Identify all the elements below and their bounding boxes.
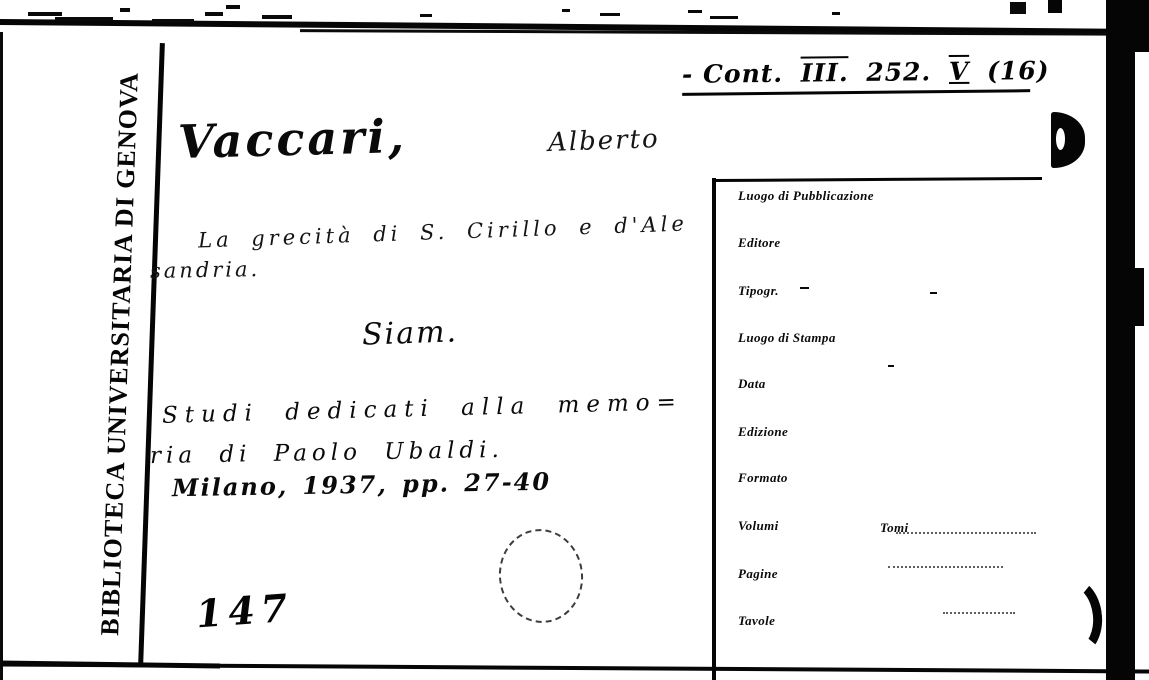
form-label-edizione: Edizione [738,424,998,440]
collection-line-1: Studi dedicati alla memo= [162,389,683,429]
author-forename: Alberto [548,124,661,158]
oval-stamp [494,524,589,628]
catalog-card: BIBLIOTECA UNIVERSITARIA DI GENOVA - Con… [0,0,1149,680]
scan-noise [832,12,840,15]
card-left-edge [0,32,3,680]
form-top-line [714,177,1042,182]
call-number-suffix: (16) [987,56,1050,86]
title-line-1: La grecità di S. Cirillo e d'Ale [198,211,688,252]
call-number-class: III. [801,58,849,87]
form-label-pagine: Pagine [738,566,998,582]
scan-noise [152,19,194,22]
form-label-editore: Editore [738,235,998,251]
call-number-volume: V [949,57,970,86]
form-label-formato: Formato [738,470,998,486]
call-number-prefix: - Cont. [682,59,783,89]
inventory-number: 147 [195,585,295,637]
scan-right-band [1106,0,1135,680]
title-line-2: sandria. [150,257,261,283]
form-label-data: Data [738,376,998,392]
form-label-luogo-stampa: Luogo di Stampa [738,330,998,346]
call-number: - Cont. III. 252. V (16) [682,56,1030,96]
scan-right-band-blob [1132,268,1144,326]
scan-noise [888,365,894,367]
dotted-line-pagine [888,566,1003,568]
scan-noise [420,14,432,17]
binder-hole-mark-bottom [1042,575,1106,658]
call-number-value: 252. [866,57,931,87]
imprint: Milano, 1937, pp. 27-40 [172,467,552,503]
scan-noise [688,10,702,13]
scan-noise [120,8,130,12]
scan-noise [55,17,113,21]
library-strip: BIBLIOTECA UNIVERSITARIA DI GENOVA [83,39,167,669]
scan-noise [710,16,738,19]
scan-noise [205,12,223,16]
form-divider-line [712,178,716,680]
dotted-line-tomi [896,532,1036,534]
form-label-luogo-pubblicazione: Luogo di Pubblicazione [738,188,998,204]
entry-note: Siam. [361,314,458,352]
dotted-line-tavole [943,612,1015,614]
scan-corner-block [1048,0,1062,13]
scan-noise [1010,2,1026,14]
scan-noise [262,15,292,19]
scan-noise [600,13,620,16]
form-label-tipogr: Tipogr. [738,283,998,299]
scan-noise [28,12,62,16]
form-label-tavole: Tavole [738,613,998,629]
collection-line-2: ria di Paolo Ubaldi. [150,437,504,469]
scan-noise [562,9,570,12]
scan-right-band-top [1133,0,1149,52]
scan-noise [226,5,240,9]
binder-hole-mark-top [1051,112,1085,168]
author-surname: Vaccari, [177,109,407,169]
